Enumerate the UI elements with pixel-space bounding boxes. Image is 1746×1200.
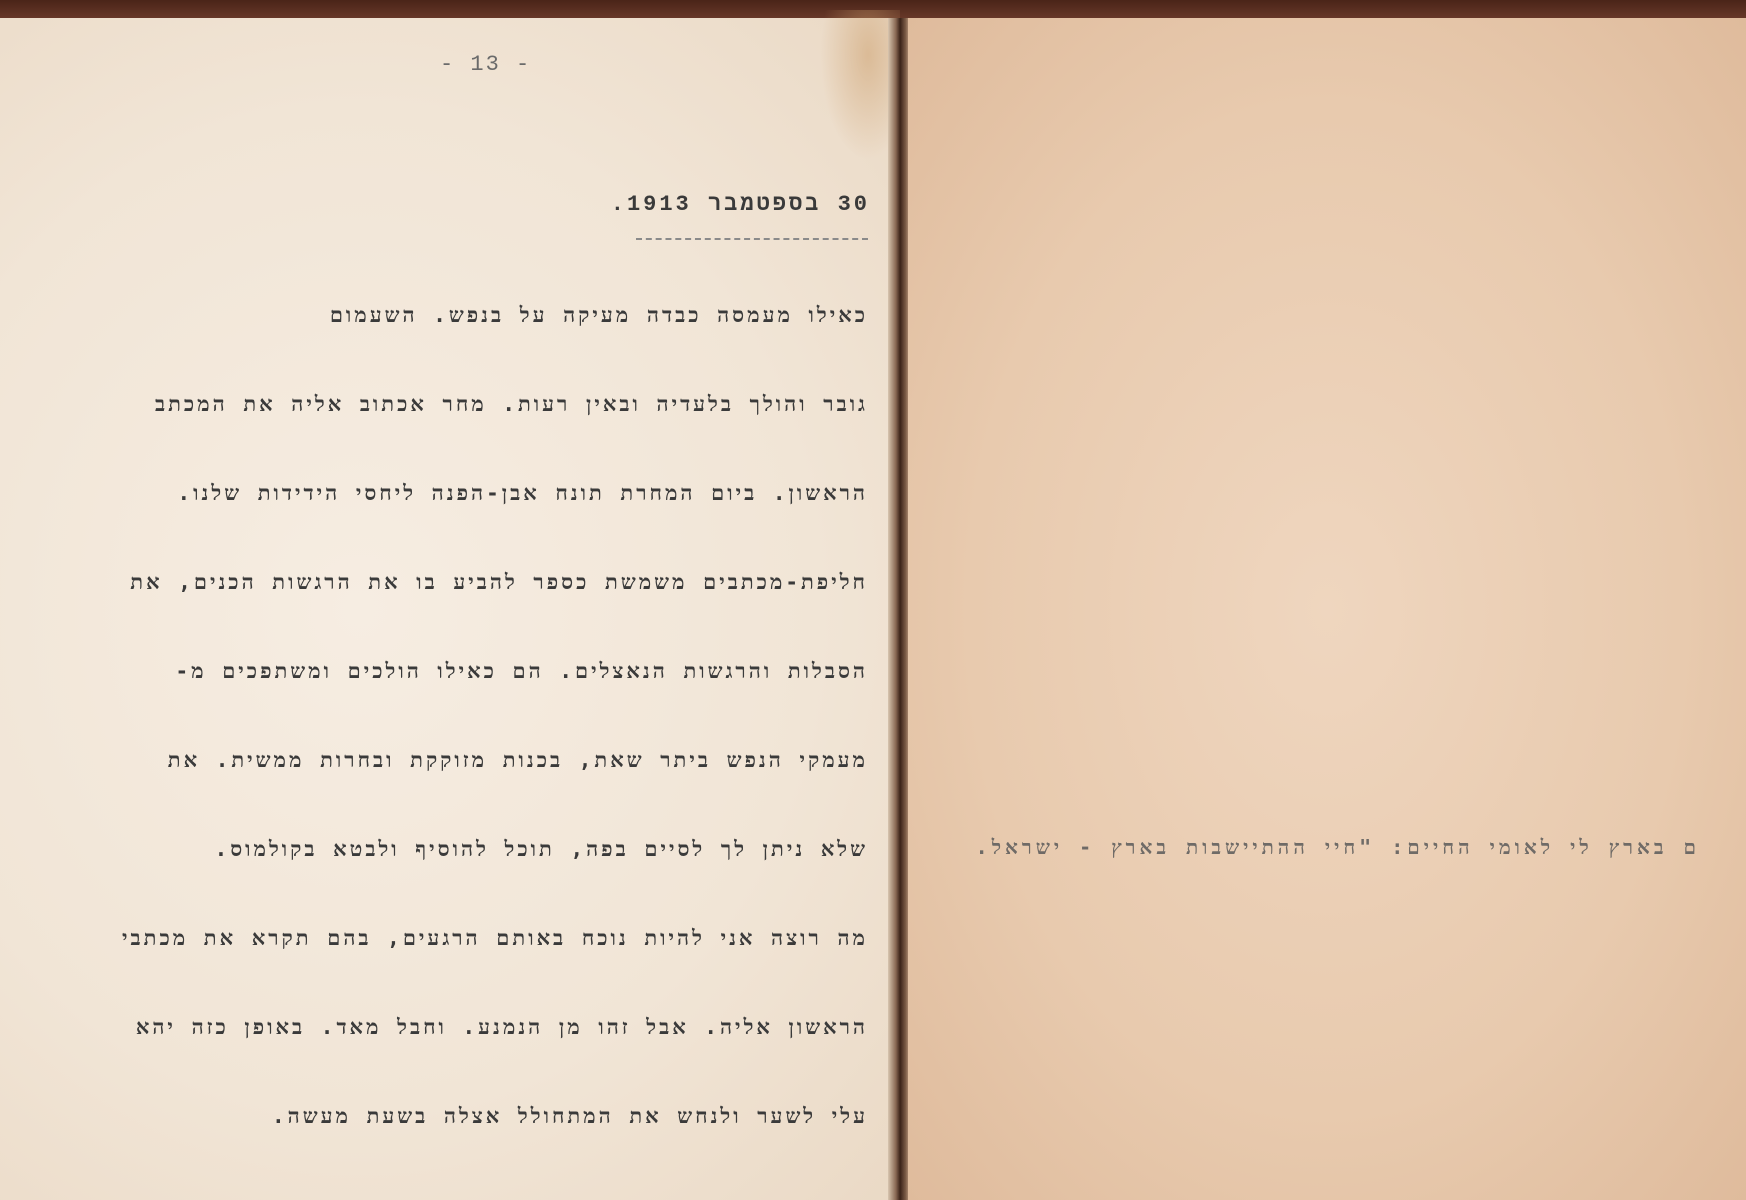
text-line: גובר והולך בלעדיה ובאין רעות. מחר אכתוב …	[0, 389, 868, 478]
text-line: כאילו מעמסה כבדה מעיקה על בנפש. השעמום	[0, 300, 868, 389]
text-line: מה רוצה אני להיות נוכח באותם הרגעים, בהם…	[0, 923, 868, 1012]
text-line: עלי לשער ולנחש את המתחולל אצלה בשעת מעשה…	[0, 1101, 868, 1190]
heading-underline	[636, 238, 868, 240]
text-line: הסבלות והרגשות הנאצלים. הם כאילו הולכים …	[0, 656, 868, 745]
book-spine	[888, 18, 910, 1200]
text-line: שלא ניתן לך לסיים בפה, תוכל להוסיף ולבטא…	[0, 834, 868, 923]
text-line: מעמקי הנפש ביתר שאת, בכנות מזוקקת ובחרות…	[0, 745, 868, 834]
right-page	[908, 18, 1746, 1200]
diary-entry-text: כאילו מעמסה כבדה מעיקה על בנפש. השעמום ג…	[0, 300, 868, 1190]
date-heading: 30 בספטמבר 1913.	[611, 192, 870, 217]
text-line: הראשון אליה. אבל זהו מן הנמנע. וחבל מאד.…	[0, 1012, 868, 1101]
offset-print-line: ם בארץ לי לאומי החיים: "חיי ההתיישבות בא…	[930, 835, 1700, 860]
date-heading-container: 30 בספטמבר 1913.	[560, 192, 870, 217]
text-line: חליפת-מכתבים משמשת כספר להביע בו את הרגש…	[0, 567, 868, 656]
text-line: הראשון. ביום המחרת תונח אבן-הפנה ליחסי ה…	[0, 478, 868, 567]
page-number: - 13 -	[440, 52, 531, 77]
